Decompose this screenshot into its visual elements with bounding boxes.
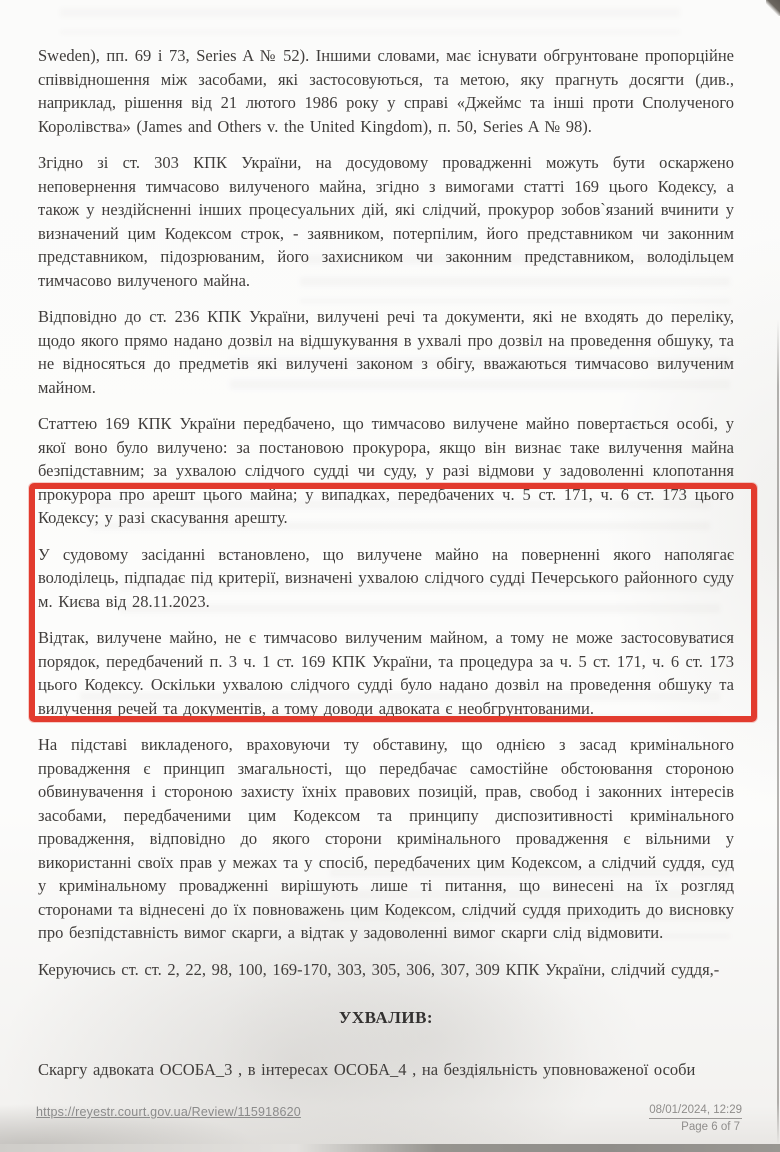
page-bottom-edge xyxy=(0,1144,780,1152)
paragraph: У судовому засіданні встановлено, що вил… xyxy=(38,543,734,614)
paragraph: Статтею 169 КПК України передбачено, що … xyxy=(38,412,734,530)
paragraph: Відповідно до ст. 236 КПК України, вилуч… xyxy=(38,305,734,399)
page-right-edge-line xyxy=(777,320,779,1144)
resolution-heading: УХВАЛИВ: xyxy=(38,1006,734,1030)
footer-datetime: 08/01/2024, 12:29 xyxy=(649,1103,742,1119)
footer-page-number: Page 6 of 7 xyxy=(649,1120,742,1134)
paragraph: Керуючись ст. ст. 2, 22, 98, 100, 169-17… xyxy=(38,958,734,982)
footer-meta: 08/01/2024, 12:29 Page 6 of 7 xyxy=(649,1103,742,1134)
document-body: Sweden), пп. 69 і 73, Series A № 52). Ін… xyxy=(0,0,780,1081)
scan-corner-mark xyxy=(766,0,780,16)
paragraph: На підставі викладеного, враховуючи ту о… xyxy=(38,733,734,945)
resolution-first-line: Скаргу адвоката ОСОБА_3 , в інтересах ОС… xyxy=(38,1058,734,1082)
paragraph: Згідно зі ст. 303 КПК України, на досудо… xyxy=(38,151,734,292)
footer-source-url: https://reyestr.court.gov.ua/Review/1159… xyxy=(36,1105,301,1119)
scanned-court-document-page: Sweden), пп. 69 і 73, Series A № 52). Ін… xyxy=(0,0,780,1152)
paragraph: Sweden), пп. 69 і 73, Series A № 52). Ін… xyxy=(38,44,734,138)
paragraph: Відтак, вилучене майно, не є тимчасово в… xyxy=(38,626,734,720)
